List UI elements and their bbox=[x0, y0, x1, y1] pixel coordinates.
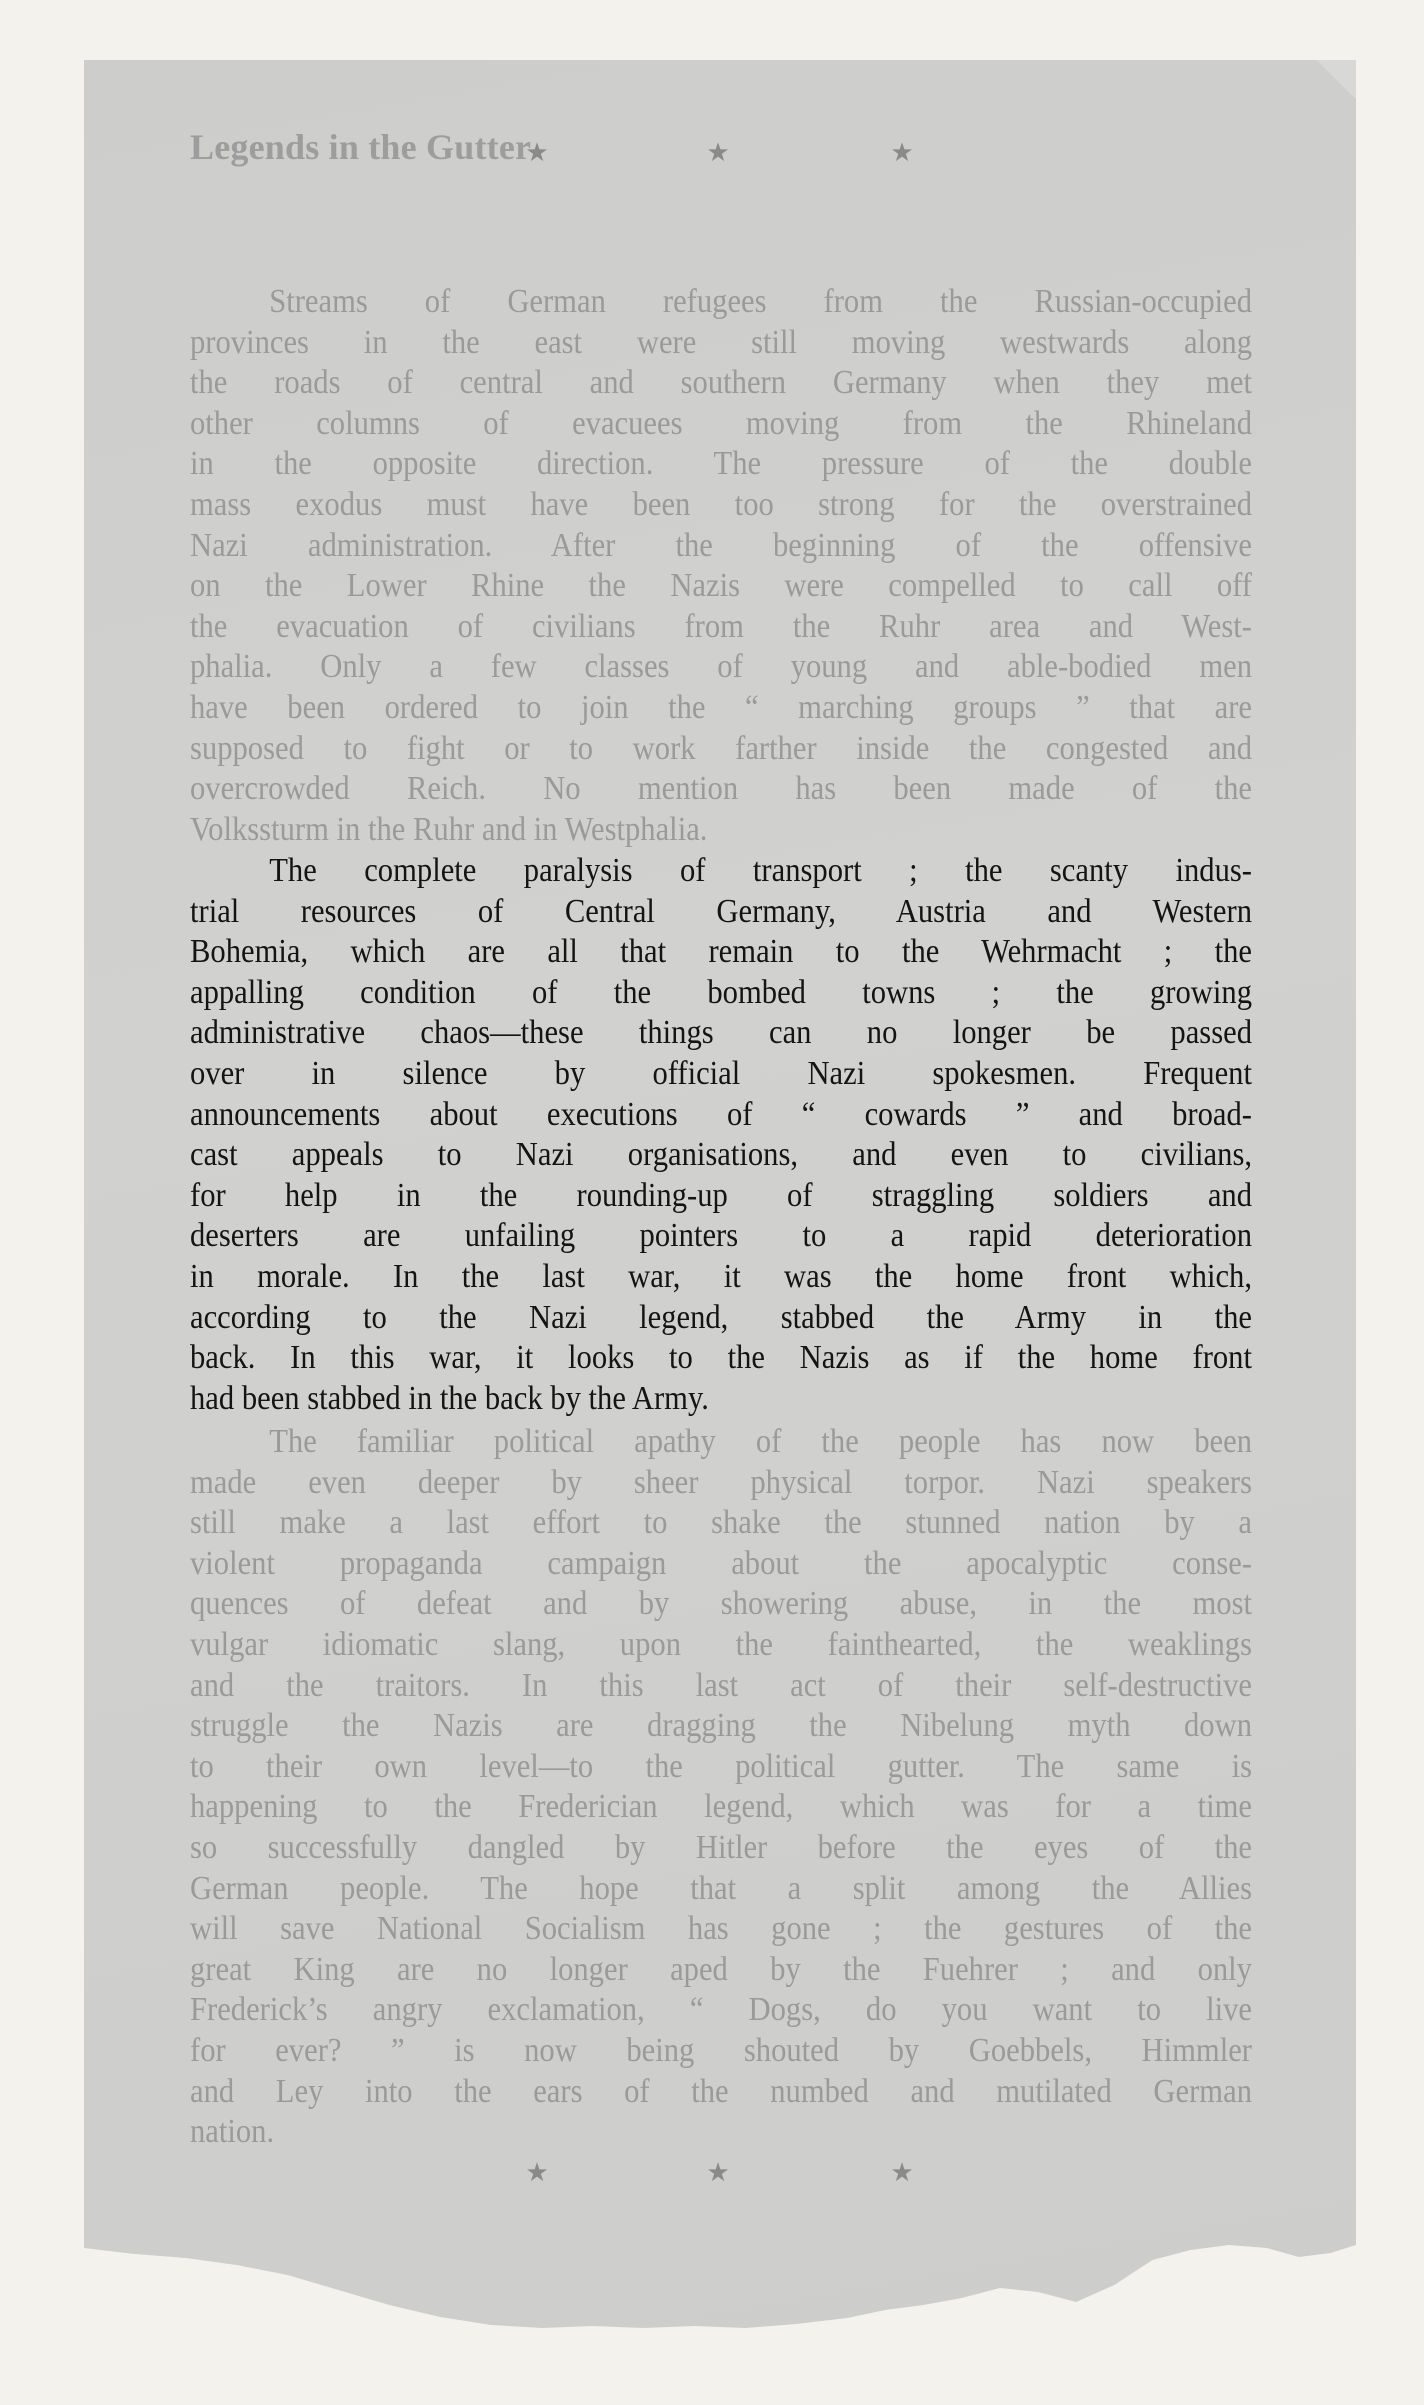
star-icon: ★ bbox=[706, 138, 729, 168]
text-line: back. In this war, it looks to the Nazis… bbox=[190, 1338, 1252, 1379]
text-line: overcrowded Reich. No mention has been m… bbox=[190, 769, 1252, 810]
text-line-content: Volkssturm in the Ruhr and in Westphalia… bbox=[190, 810, 1252, 851]
text-line-content: The complete paralysis of transport ; th… bbox=[190, 851, 1252, 892]
ornament-bottom: ★ ★ ★ bbox=[84, 2158, 1356, 2188]
text-line: mass exodus must have been too strong fo… bbox=[190, 485, 1252, 526]
text-line-content: so successfully dangled by Hitler before… bbox=[190, 1828, 1252, 1869]
text-line: quences of defeat and by showering abuse… bbox=[190, 1584, 1252, 1625]
text-line-content: had been stabbed in the back by the Army… bbox=[190, 1379, 1252, 1420]
text-line: trial resources of Central Germany, Aust… bbox=[190, 892, 1252, 933]
text-line-content: Nazi administration. After the beginning… bbox=[190, 526, 1252, 567]
text-line-content: in morale. In the last war, it was the h… bbox=[190, 1257, 1252, 1298]
paragraph-2: The complete paralysis of transport ; th… bbox=[190, 851, 1252, 1419]
text-line-content: on the Lower Rhine the Nazis were compel… bbox=[190, 566, 1252, 607]
text-line-content: over in silence by official Nazi spokesm… bbox=[190, 1054, 1252, 1095]
text-line: announcements about executions of “ cowa… bbox=[190, 1095, 1252, 1136]
text-line: to their own level—to the political gutt… bbox=[190, 1747, 1252, 1788]
text-line-content: announcements about executions of “ cowa… bbox=[190, 1095, 1252, 1136]
text-line-content: phalia. Only a few classes of young and … bbox=[190, 647, 1252, 688]
text-line-content: happening to the Frederician legend, whi… bbox=[190, 1787, 1252, 1828]
text-line: so successfully dangled by Hitler before… bbox=[190, 1828, 1252, 1869]
text-line: according to the Nazi legend, stabbed th… bbox=[190, 1298, 1252, 1339]
text-line: and the traitors. In this last act of th… bbox=[190, 1666, 1252, 1707]
text-line-content: still make a last effort to shake the st… bbox=[190, 1503, 1252, 1544]
text-line: will save National Socialism has gone ; … bbox=[190, 1909, 1252, 1950]
text-line-content: Streams of German refugees from the Russ… bbox=[190, 282, 1252, 323]
text-line: have been ordered to join the “ marching… bbox=[190, 688, 1252, 729]
star-icon: ★ bbox=[525, 2158, 548, 2188]
star-icon: ★ bbox=[890, 138, 913, 168]
star-icon: ★ bbox=[890, 2158, 913, 2188]
text-line-content: Bohemia, which are all that remain to th… bbox=[190, 932, 1252, 973]
text-line-content: will save National Socialism has gone ; … bbox=[190, 1909, 1252, 1950]
text-line-content: to their own level—to the political gutt… bbox=[190, 1747, 1252, 1788]
text-line: and Ley into the ears of the numbed and … bbox=[190, 2072, 1252, 2113]
text-line: Nazi administration. After the beginning… bbox=[190, 526, 1252, 567]
text-line-content: back. In this war, it looks to the Nazis… bbox=[190, 1338, 1252, 1379]
star-icon: ★ bbox=[706, 2158, 729, 2188]
text-line: in the opposite direction. The pressure … bbox=[190, 444, 1252, 485]
text-line-content: for ever? ” is now being shouted by Goeb… bbox=[190, 2031, 1252, 2072]
text-line: appalling condition of the bombed towns … bbox=[190, 973, 1252, 1014]
text-line: had been stabbed in the back by the Army… bbox=[190, 1379, 1252, 1420]
text-line-content: for help in the rounding-up of stragglin… bbox=[190, 1176, 1252, 1217]
text-line: on the Lower Rhine the Nazis were compel… bbox=[190, 566, 1252, 607]
text-line: vulgar idiomatic slang, upon the fainthe… bbox=[190, 1625, 1252, 1666]
text-line-content: and Ley into the ears of the numbed and … bbox=[190, 2072, 1252, 2113]
text-line-content: the roads of central and southern German… bbox=[190, 363, 1252, 404]
text-line: nation. bbox=[190, 2112, 1252, 2153]
text-line-content: trial resources of Central Germany, Aust… bbox=[190, 892, 1252, 933]
text-line-content: in the opposite direction. The pressure … bbox=[190, 444, 1252, 485]
section-title: Legends in the Gutter bbox=[190, 126, 531, 168]
text-line-content: according to the Nazi legend, stabbed th… bbox=[190, 1298, 1252, 1339]
text-line-content: great King are no longer aped by the Fue… bbox=[190, 1950, 1252, 1991]
text-line-content: appalling condition of the bombed towns … bbox=[190, 973, 1252, 1014]
text-line-content: quences of defeat and by showering abuse… bbox=[190, 1584, 1252, 1625]
torn-page: ★ ★ ★ Legends in the Gutter Streams of G… bbox=[84, 60, 1356, 2350]
text-line-content: vulgar idiomatic slang, upon the fainthe… bbox=[190, 1625, 1252, 1666]
text-line: over in silence by official Nazi spokesm… bbox=[190, 1054, 1252, 1095]
text-line-content: German people. The hope that a split amo… bbox=[190, 1869, 1252, 1910]
text-line: happening to the Frederician legend, whi… bbox=[190, 1787, 1252, 1828]
text-line: in morale. In the last war, it was the h… bbox=[190, 1257, 1252, 1298]
text-line-content: deserters are unfailing pointers to a ra… bbox=[190, 1216, 1252, 1257]
text-line: the roads of central and southern German… bbox=[190, 363, 1252, 404]
text-line-content: have been ordered to join the “ marching… bbox=[190, 688, 1252, 729]
text-line: The familiar political apathy of the peo… bbox=[190, 1422, 1252, 1463]
text-line-content: provinces in the east were still moving … bbox=[190, 323, 1252, 364]
text-line-content: made even deeper by sheer physical torpo… bbox=[190, 1463, 1252, 1504]
text-line-content: and the traitors. In this last act of th… bbox=[190, 1666, 1252, 1707]
text-line: cast appeals to Nazi organisations, and … bbox=[190, 1135, 1252, 1176]
text-line: made even deeper by sheer physical torpo… bbox=[190, 1463, 1252, 1504]
paragraph-1: Streams of German refugees from the Russ… bbox=[190, 282, 1252, 850]
text-line: provinces in the east were still moving … bbox=[190, 323, 1252, 364]
text-line: great King are no longer aped by the Fue… bbox=[190, 1950, 1252, 1991]
text-line: phalia. Only a few classes of young and … bbox=[190, 647, 1252, 688]
text-line: Bohemia, which are all that remain to th… bbox=[190, 932, 1252, 973]
text-line-content: violent propaganda campaign about the ap… bbox=[190, 1544, 1252, 1585]
text-line: still make a last effort to shake the st… bbox=[190, 1503, 1252, 1544]
text-line: German people. The hope that a split amo… bbox=[190, 1869, 1252, 1910]
text-line: for ever? ” is now being shouted by Goeb… bbox=[190, 2031, 1252, 2072]
text-line: The complete paralysis of transport ; th… bbox=[190, 851, 1252, 892]
text-line: other columns of evacuees moving from th… bbox=[190, 404, 1252, 445]
text-line-content: the evacuation of civilians from the Ruh… bbox=[190, 607, 1252, 648]
text-line-content: mass exodus must have been too strong fo… bbox=[190, 485, 1252, 526]
text-line-content: The familiar political apathy of the peo… bbox=[190, 1422, 1252, 1463]
text-line: struggle the Nazis are dragging the Nibe… bbox=[190, 1706, 1252, 1747]
text-line-content: cast appeals to Nazi organisations, and … bbox=[190, 1135, 1252, 1176]
text-line-content: overcrowded Reich. No mention has been m… bbox=[190, 769, 1252, 810]
text-line: the evacuation of civilians from the Ruh… bbox=[190, 607, 1252, 648]
text-line: supposed to fight or to work farther ins… bbox=[190, 729, 1252, 770]
paragraph-3: The familiar political apathy of the peo… bbox=[190, 1422, 1252, 2153]
text-line: deserters are unfailing pointers to a ra… bbox=[190, 1216, 1252, 1257]
text-line: Frederick’s angry exclamation, “ Dogs, d… bbox=[190, 1990, 1252, 2031]
text-line-content: Frederick’s angry exclamation, “ Dogs, d… bbox=[190, 1990, 1252, 2031]
text-line-content: administrative chaos—these things can no… bbox=[190, 1013, 1252, 1054]
text-line: Volkssturm in the Ruhr and in Westphalia… bbox=[190, 810, 1252, 851]
text-line-content: other columns of evacuees moving from th… bbox=[190, 404, 1252, 445]
text-line: administrative chaos—these things can no… bbox=[190, 1013, 1252, 1054]
text-line-content: nation. bbox=[190, 2112, 1252, 2153]
page-corner-fold bbox=[1316, 60, 1356, 98]
text-line: for help in the rounding-up of stragglin… bbox=[190, 1176, 1252, 1217]
text-line-content: supposed to fight or to work farther ins… bbox=[190, 729, 1252, 770]
text-line: violent propaganda campaign about the ap… bbox=[190, 1544, 1252, 1585]
text-line-content: struggle the Nazis are dragging the Nibe… bbox=[190, 1706, 1252, 1747]
text-line: Streams of German refugees from the Russ… bbox=[190, 282, 1252, 323]
